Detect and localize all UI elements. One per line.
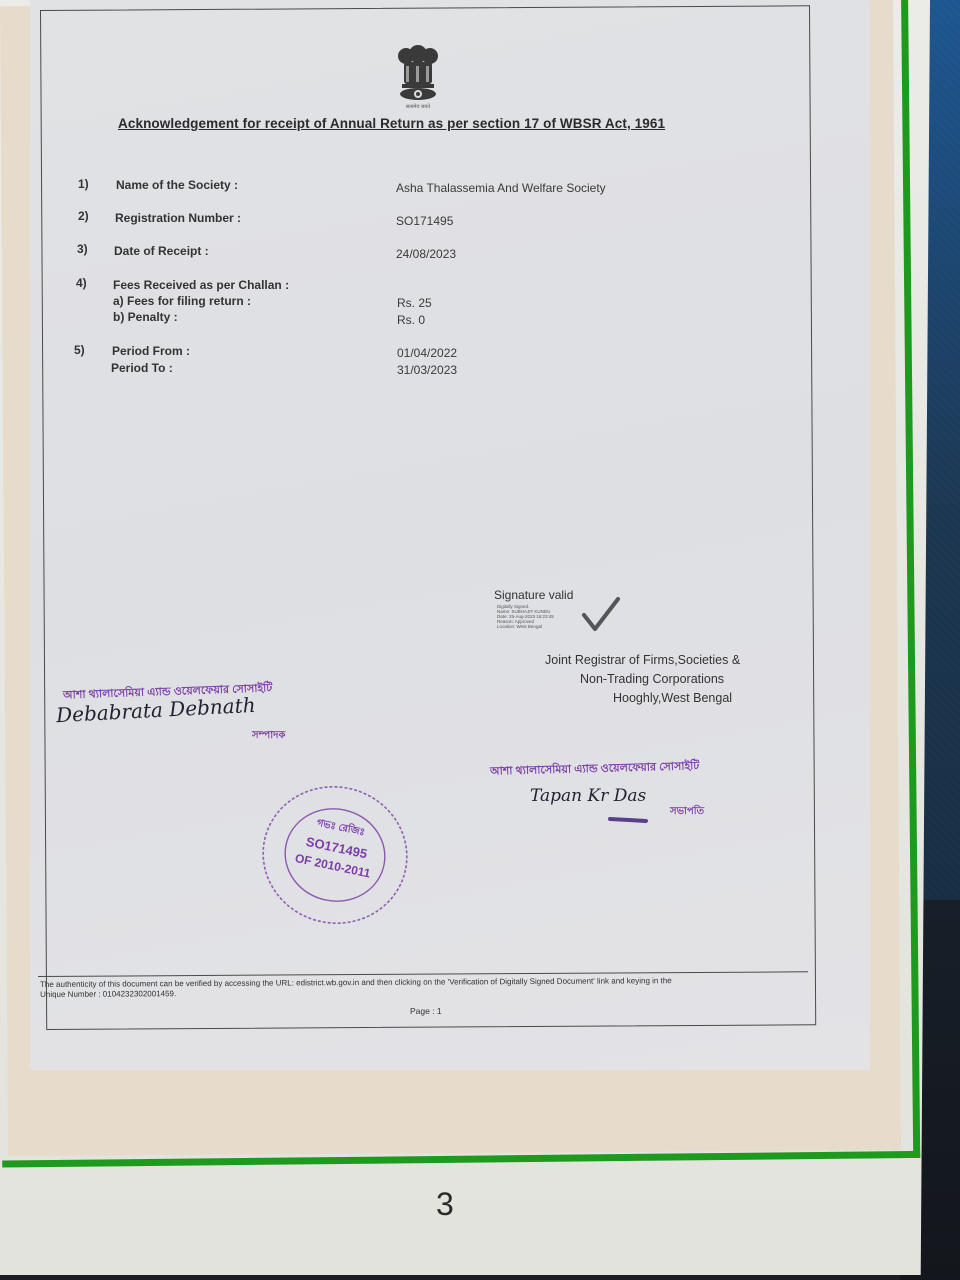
document-border [40, 5, 816, 1030]
binder-page-number: 3 [436, 1186, 454, 1223]
item-label: Period From : [112, 344, 190, 358]
item-1: 1) [78, 177, 89, 191]
state-emblem-icon: सत्यमेव जयते [392, 44, 444, 110]
period-from-value: 01/04/2022 [397, 346, 457, 360]
right-seal-role: সভাপতি [670, 804, 704, 821]
registrar-line-1: Joint Registrar of Firms,Societies & [545, 653, 740, 667]
signature-details: Digitally Signed. Name: SUBHAJIT KUNDU D… [497, 604, 554, 629]
penalty-value: Rs. 0 [397, 313, 425, 327]
item-number: 4) [76, 276, 87, 290]
society-round-stamp: গভঃ রেজিঃ SO171495 OF 2010-2011 [255, 780, 415, 930]
document-title: Acknowledgement for receipt of Annual Re… [118, 116, 665, 131]
period-to-value: 31/03/2023 [397, 363, 457, 377]
item-label: Date of Receipt : [114, 244, 209, 258]
svg-text:सत्यमेव जयते: सत्यमेव जयते [406, 103, 430, 110]
item-number: 2) [78, 209, 89, 223]
item-label: Name of the Society : [116, 178, 238, 192]
item-label: Registration Number : [115, 211, 241, 225]
signature-detail-line: Location: West Bengal [497, 624, 554, 629]
filing-fee-value: Rs. 25 [397, 296, 432, 310]
binder-page: सत्यमेव जयते Acknowledgement for receipt… [0, 0, 930, 1275]
item-label: Period To : [111, 361, 173, 375]
date-of-receipt-value: 24/08/2023 [396, 247, 456, 261]
registrar-line-2: Non-Trading Corporations [580, 672, 724, 686]
registrar-line-3: Hooghly,West Bengal [613, 691, 732, 705]
right-signature: Tapan Kr Das [530, 786, 646, 806]
page-label: Page : 1 [410, 1006, 442, 1016]
left-seal-role: সম্পাদক [252, 728, 285, 745]
checkmark-icon [580, 593, 622, 635]
item-label: a) Fees for filing return : [113, 294, 251, 308]
item-number: 1) [78, 177, 89, 191]
registration-number-value: SO171495 [396, 214, 453, 228]
item-label: b) Penalty : [113, 310, 178, 324]
svg-text:গভঃ রেজিঃ: গভঃ রেজিঃ [316, 816, 366, 839]
signature-status: Signature valid [494, 588, 573, 602]
item-number: 5) [74, 343, 85, 357]
item-number: 3) [77, 242, 88, 256]
society-name-value: Asha Thalassemia And Welfare Society [396, 181, 606, 195]
item-label: Fees Received as per Challan : [113, 278, 289, 292]
